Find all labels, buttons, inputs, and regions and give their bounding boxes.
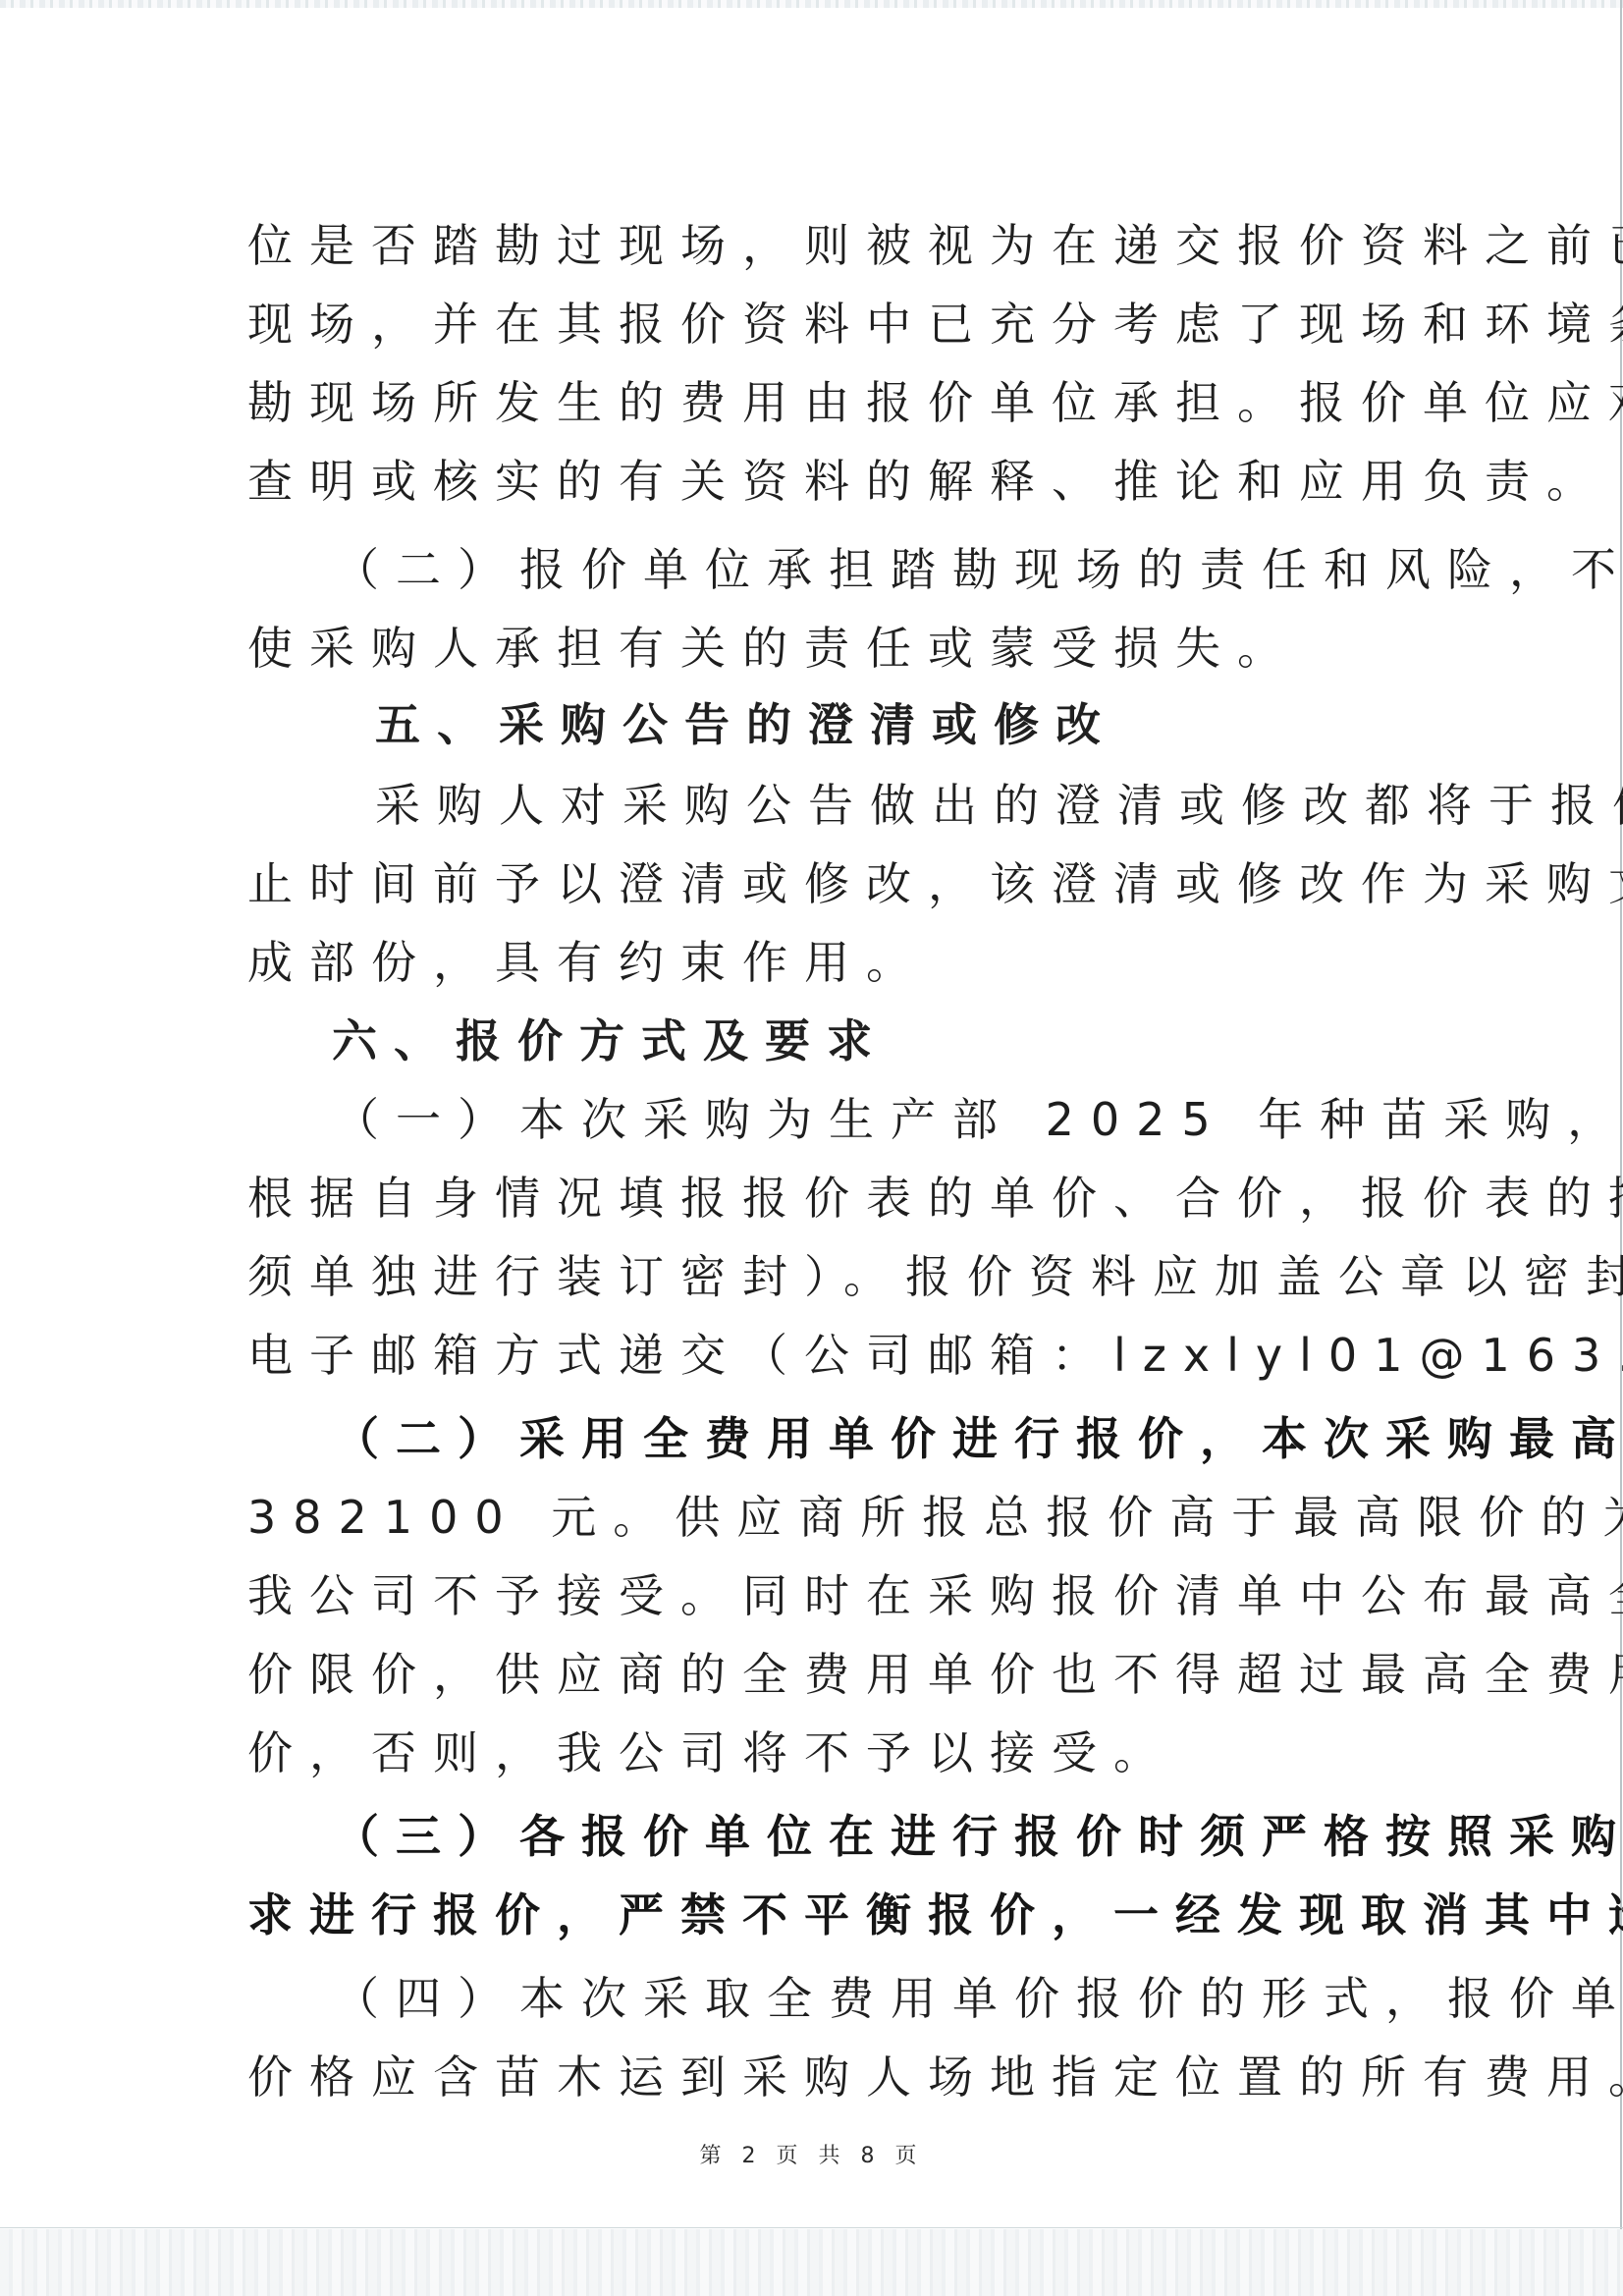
text-line-bold: （三）各报价单位在进行报价时须严格按照采购质量要: [334, 1807, 1623, 1866]
scan-edge-bottom-line: [0, 2227, 1623, 2228]
text-line: 止时间前予以澄清或修改，该澄清或修改作为采购文件的组: [247, 854, 1623, 913]
text-line: 使采购人承担有关的责任或蒙受损失。: [247, 619, 1299, 678]
text-line: 采购人对采购公告做出的澄清或修改都将于报价截: [375, 776, 1623, 835]
text-line: 价限价，供应商的全费用单价也不得超过最高全费用单价限: [247, 1645, 1623, 1704]
scan-edge-bottom: [0, 2229, 1623, 2296]
text-line: 成部份，具有约束作用。: [247, 933, 928, 992]
text-line: 价格应含苗木运到采购人场地指定位置的所有费用。包括但: [247, 2048, 1623, 2106]
text-line: （二）报价单位承担踏勘现场的责任和风险，不得因此: [334, 540, 1623, 599]
text-line: 查明或核实的有关资料的解释、推论和应用负责。: [247, 452, 1608, 511]
text-line: （一）本次采购为生产部 2025 年种苗采购，报价单位: [334, 1090, 1623, 1149]
section-heading-6: 六、报价方式及要求: [332, 1011, 889, 1070]
text-line: 价，否则，我公司将不予以接受。: [247, 1723, 1175, 1782]
document-page: 位是否踏勘过现场，则被视为在递交报价资料之前已经踏勘 现场，并在其报价资料中已充…: [0, 0, 1623, 2296]
text-line: 勘现场所发生的费用由报价单位承担。报价单位应对其自行: [247, 373, 1623, 432]
scan-edge-top: [0, 0, 1623, 8]
text-line-max-price: 382100 元。供应商所报总报价高于最高限价的为无效报价，: [247, 1488, 1623, 1547]
text-line: 须单独进行装订密封）。报价资料应加盖公章以密封形式或: [247, 1247, 1623, 1306]
text-line: 根据自身情况填报报价表的单价、合价，报价表的报价资料: [247, 1169, 1623, 1228]
text-line: 位是否踏勘过现场，则被视为在递交报价资料之前已经踏勘: [247, 216, 1623, 275]
text-line-email: 电子邮箱方式递交（公司邮箱：lzxlyl01@163.com）。: [247, 1326, 1623, 1385]
text-line-bold: （二）采用全费用单价进行报价，本次采购最高限价为: [334, 1409, 1623, 1468]
text-line-bold: 求进行报价，严禁不平衡报价，一经发现取消其中选资格。: [247, 1886, 1623, 1944]
text-line: （四）本次采取全费用单价报价的形式，报价单位所报: [334, 1969, 1623, 2028]
page-number-footer: 第 2 页 共 8 页: [0, 2139, 1623, 2169]
section-heading-5: 五、采购公告的澄清或修改: [375, 695, 1117, 754]
text-line: 我公司不予接受。同时在采购报价清单中公布最高全费用单: [247, 1566, 1623, 1625]
text-line: 现场，并在其报价资料中已充分考虑了现场和环境条件。踏: [247, 295, 1623, 354]
